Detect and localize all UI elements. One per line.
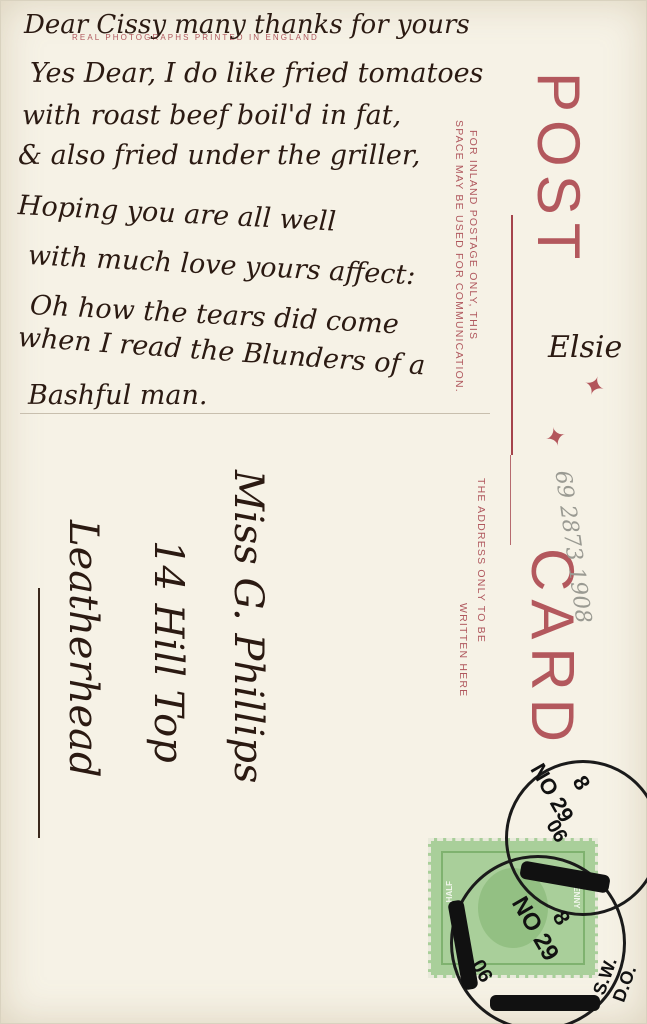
divider-horizontal-line — [20, 413, 490, 414]
address-line: 14 Hill Top — [145, 540, 191, 763]
divider-vertical-line-lower — [510, 455, 511, 545]
message-line: Hoping you are all well — [17, 190, 337, 238]
message-line: Bashful man. — [28, 380, 207, 411]
divider-vertical-line — [511, 215, 513, 455]
message-line: Dear Cissy many thanks for yours — [24, 10, 470, 40]
printed-communication-text: SPACE MAY BE USED FOR COMMUNICATION. — [453, 120, 465, 393]
message-line: with roast beef boil'd in fat, — [22, 100, 401, 131]
swallow-icon: ✦ — [579, 369, 610, 405]
printed-inland-postage-text: FOR INLAND POSTAGE ONLY, THIS — [467, 130, 479, 340]
address-line: Leatherhead — [60, 520, 106, 778]
cancellation-bar — [490, 995, 600, 1011]
message-line: with much love yours affect: — [27, 240, 416, 291]
postcard-back: REAL PHOTOGRAPHS PRINTED IN ENGLAND FOR … — [0, 0, 647, 1024]
message-signature: Elsie — [548, 330, 622, 365]
printed-written-here-text: WRITTEN HERE — [457, 603, 469, 697]
stamp-denomination-left: HALF — [445, 881, 454, 902]
swallow-icon: ✦ — [541, 421, 570, 456]
printed-address-only-text: THE ADDRESS ONLY TO BE — [475, 478, 487, 643]
address-line: Miss G. Phillips — [225, 470, 271, 783]
message-line: Yes Dear, I do like fried tomatoes — [30, 58, 483, 89]
post-title-word: POST — [528, 72, 588, 267]
message-line: & also fried under the griller, — [18, 140, 420, 171]
address-underline — [38, 588, 40, 838]
